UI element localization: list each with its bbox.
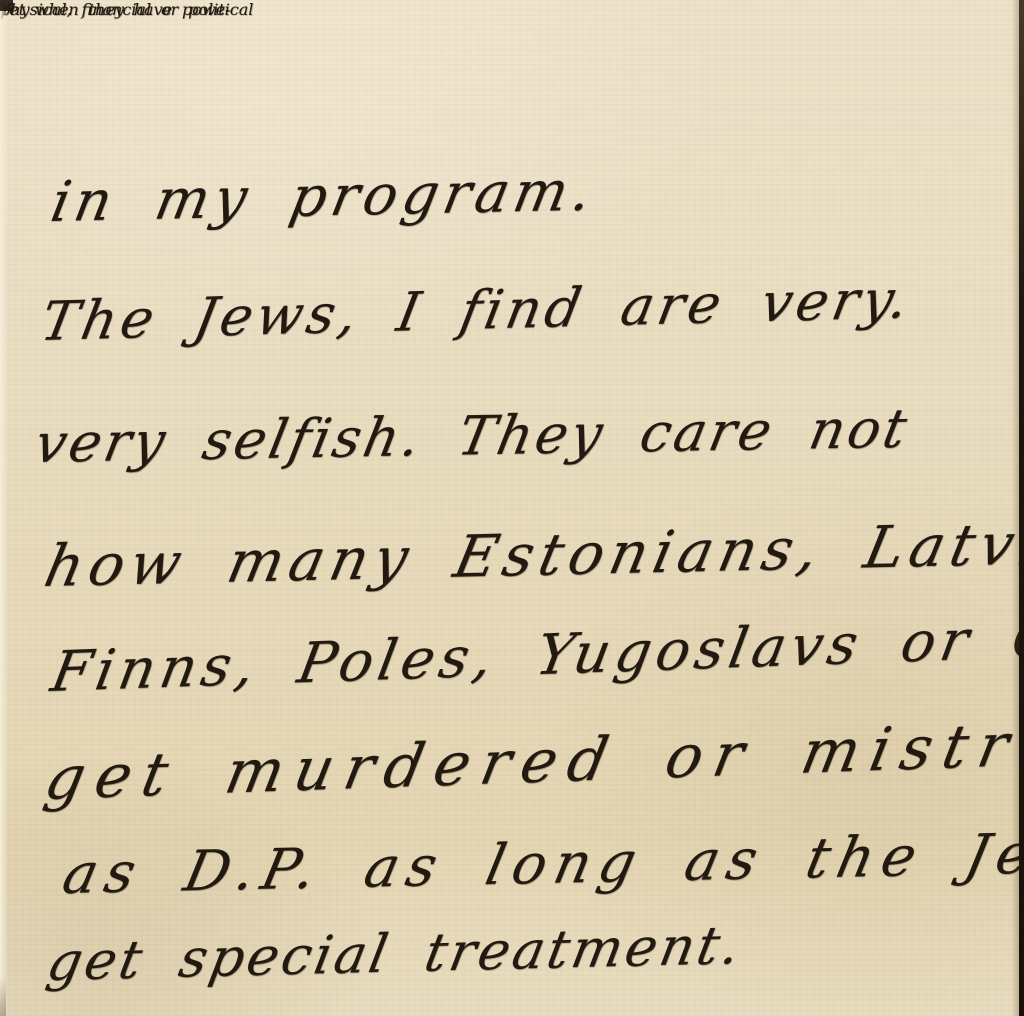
top-left-corner-mark: [0, 0, 13, 11]
left-edge-highlight: [0, 0, 8, 1016]
right-scan-edge: [1019, 0, 1024, 1016]
right-edge-shadow-soft: [1011, 0, 1019, 1016]
bottom-left-edge-shade: [0, 976, 6, 1016]
handwritten-line-1: in my program.: [46, 159, 602, 235]
handwritten-line-10: physical, financial or political: [0, 0, 253, 19]
scanned-letter-page: in my program. The Jews, I find are very…: [0, 0, 1024, 1016]
